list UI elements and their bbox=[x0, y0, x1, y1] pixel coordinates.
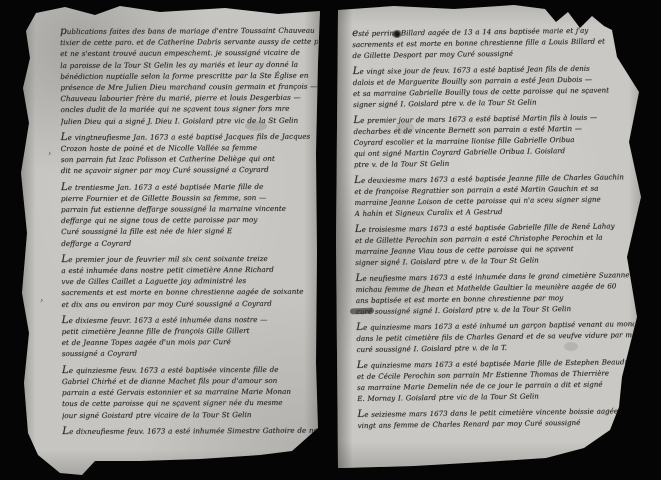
right-page-text: esté perrine Billard aagée de 13 a 14 an… bbox=[352, 24, 636, 436]
manuscript-scan: publications faites des bans de mariage … bbox=[0, 0, 661, 480]
register-entry: publications faites des bans de mariage … bbox=[60, 25, 319, 127]
handwritten-line: sacrements et est morte en bonne chresti… bbox=[61, 286, 319, 299]
register-entry: Le vingtneufiesme Jan. 1673 a esté bapti… bbox=[61, 130, 319, 176]
register-entry: Le quinziesme mars 1673 a esté inhumé un… bbox=[356, 318, 634, 355]
left-page: publications faites des bans de mariage … bbox=[20, 3, 332, 478]
register-entry: Le quinziesme feuv. 1673 a esté baptisée… bbox=[62, 363, 320, 420]
handwritten-line: et ne s'estant trouvé aucun empeschemt. … bbox=[60, 47, 318, 60]
margin-mark: › bbox=[48, 149, 51, 158]
handwritten-line: tous de cette paroisse qui ne sçavent si… bbox=[62, 397, 320, 410]
register-entry: Le dixiesme feuvr. 1673 a esté inhumée d… bbox=[62, 314, 320, 360]
paper-stain bbox=[245, 121, 267, 131]
register-entry: Le premier jour de mars 1673 a esté bapt… bbox=[353, 111, 632, 170]
register-entry: Le dixneufiesme feuv. 1673 a esté inhumé… bbox=[62, 424, 320, 437]
handwritten-line: deffarge a Coyrard bbox=[61, 236, 319, 249]
handwritten-line: dit ne sçavoir signer par moy Curé souss… bbox=[61, 164, 319, 177]
register-entry: Le seiziesme mars 1673 dans le petit cim… bbox=[357, 405, 635, 431]
register-entry: Le trentiesme Jan. 1673 a esté baptisée … bbox=[61, 180, 319, 249]
register-entry: Le premier jour de feuvrier mil six cent… bbox=[61, 253, 319, 310]
register-entry: Le troisiesme mars 1673 a esté baptisée … bbox=[355, 220, 634, 268]
handwritten-line: jour signé Goistard ptre vicaire de la T… bbox=[62, 408, 320, 421]
page-number: 1 bbox=[597, 14, 603, 24]
handwritten-line: soussigné a Coyrard bbox=[62, 347, 320, 360]
handwritten-line: parrain fut estienne deffarge soussigné … bbox=[61, 203, 319, 216]
register-entry: esté perrine Billard aagée de 13 a 14 an… bbox=[352, 24, 630, 61]
right-page: 1 esté perrine Billard aagée de 13 a 14 … bbox=[334, 2, 644, 474]
register-entry: Le vingt sixe jour de feuv. 1673 a esté … bbox=[353, 62, 632, 110]
margin-mark: › bbox=[40, 296, 43, 305]
handwritten-line: et dix ans ou environ par moy Curé souss… bbox=[61, 297, 319, 310]
handwritten-line: Le dixneufiesme feuv. 1673 a esté inhumé… bbox=[62, 424, 320, 437]
register-entry: Le quinziesme mars 1673 a esté baptisée … bbox=[357, 356, 636, 404]
register-entry: Le neufiesme mars 1673 a esté inhumée da… bbox=[355, 269, 634, 317]
handwritten-line: oncles dudit de la mariée qui ne sçavent… bbox=[60, 103, 318, 116]
handwritten-line: Julien Dieu qui a signé J. Dieu I. Goisl… bbox=[60, 114, 318, 127]
register-entry: Le deuxiesme mars 1673 a esté baptisée J… bbox=[354, 171, 633, 219]
left-page-text: publications faites des bans de mariage … bbox=[60, 25, 320, 442]
handwritten-line: Le vingtneufiesme Jan. 1673 a esté bapti… bbox=[61, 130, 319, 143]
